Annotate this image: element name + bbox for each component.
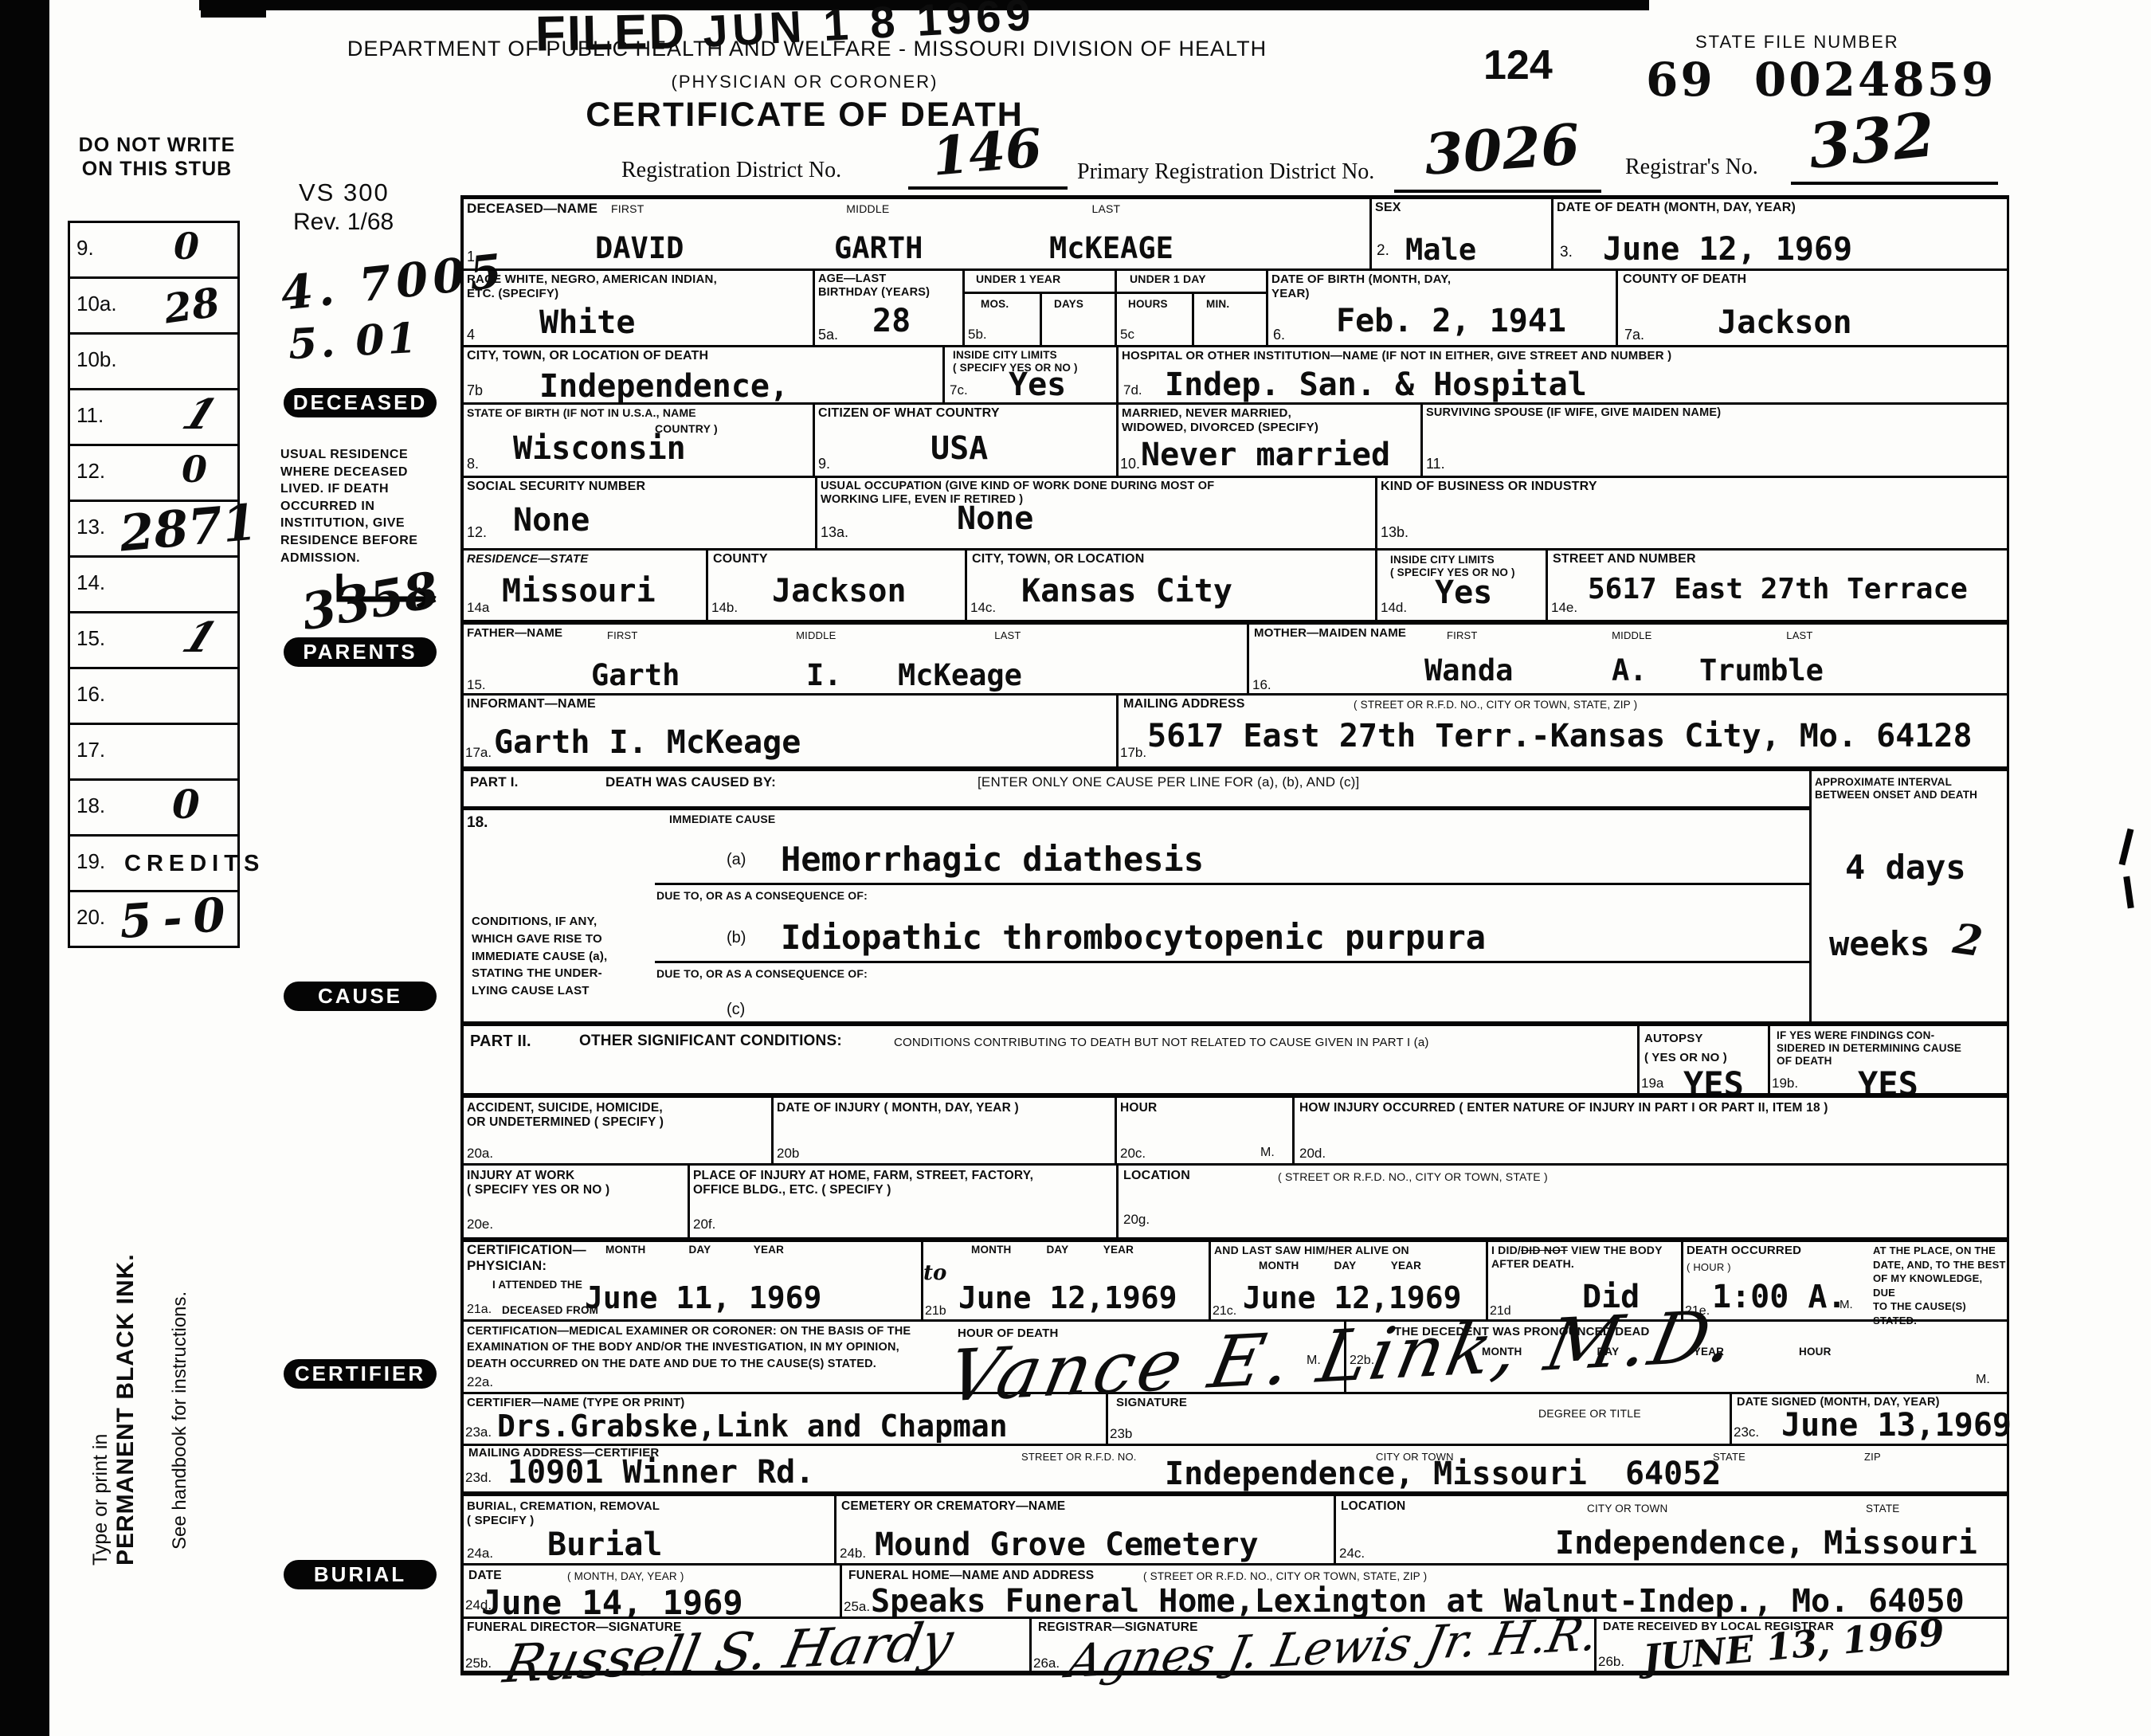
hour-label: ( HOUR ) <box>1687 1261 1731 1273</box>
caused-by-label: DEATH WAS CAUSED BY: <box>605 774 776 790</box>
race-value: White <box>539 304 635 341</box>
field-label: SEX <box>1375 201 1401 216</box>
stub-box: 9.0 10a.28 10b. 11.1 12.0 13.2871 14. 15… <box>68 221 240 948</box>
residence-icl-value: Yes <box>1435 574 1492 611</box>
cemetery-name-value: Mound Grove Cemetery <box>875 1526 1259 1563</box>
underline <box>908 186 1068 190</box>
divider <box>1040 292 1042 345</box>
stub-row-value: 0 <box>174 225 199 268</box>
row-parents: FATHER—NAME FIRST MIDDLE LAST 15. Garth … <box>464 620 2007 693</box>
immediate-cause-label: IMMEDIATE CAUSE <box>669 813 775 826</box>
stub-row-number: 15. <box>76 626 105 651</box>
age-value: 28 <box>872 303 911 339</box>
state-file-number-value: 69 0024859 <box>1646 53 1996 107</box>
field-number: 14e. <box>1551 600 1577 616</box>
death-certificate-scan: DEPARTMENT OF PUBLIC HEALTH AND WELFARE … <box>0 0 2151 1736</box>
certificate-title: CERTIFICATE OF DEATH <box>287 95 1322 135</box>
margin-scribble <box>2123 876 2133 909</box>
field-number: 14a <box>467 600 489 616</box>
field-other-conditions: PART II. OTHER SIGNIFICANT CONDITIONS: C… <box>464 1026 1637 1093</box>
stub-row-value: CREDITS <box>124 851 264 877</box>
due-to-label: DUE TO, OR AS A CONSEQUENCE OF: <box>656 889 868 903</box>
field-date-received: DATE RECEIVED BY LOCAL REGISTRAR 26b. JU… <box>1594 1619 2007 1675</box>
field-sublabel: DAYS <box>1054 298 1083 311</box>
field-citizen-of: CITIZEN OF WHAT COUNTRY 9. USA <box>813 405 1116 476</box>
stub-row: 15.1 <box>70 611 237 667</box>
stub-row-number: 10b. <box>76 347 117 372</box>
field-date-of-birth: DATE OF BIRTH (MONTH, DAY, YEAR) 6. Feb.… <box>1266 271 1616 345</box>
state-sublabel: STATE <box>1713 1451 1745 1463</box>
part2-label: PART II. <box>470 1033 531 1052</box>
field-attended-from: CERTIFICATION— PHYSICIAN: MONTH DAY YEAR… <box>464 1242 921 1319</box>
stub-row-number: 12. <box>76 459 105 484</box>
section-label-cause: CAUSE <box>284 982 437 1011</box>
field-number: 20g. <box>1123 1212 1150 1228</box>
field-number: 24c. <box>1339 1546 1365 1562</box>
field-number: 1. <box>467 249 479 265</box>
stub-row-value: 1 <box>176 613 225 662</box>
field-label: RACE WHITE, NEGRO, AMERICAN INDIAN, ETC.… <box>467 272 717 300</box>
row-certifier-mailing: MAILING ADDRESS—CERTIFIER 23d. 10901 Win… <box>464 1444 2007 1491</box>
certifier-street-value: 10901 Winner Rd. <box>507 1454 814 1491</box>
field-certifier-mailing-address: MAILING ADDRESS—CERTIFIER 23d. 10901 Win… <box>464 1446 2007 1491</box>
field-marital-status: MARRIED, NEVER MARRIED, WIDOWED, DIVORCE… <box>1116 405 1420 476</box>
field-date-of-death: DATE OF DEATH (MONTH, DAY, YEAR) 3. June… <box>1551 199 2007 268</box>
inside-city-limits-value: Yes <box>1009 366 1066 403</box>
stub-row: 12.0 <box>70 444 237 500</box>
field-number: 23c. <box>1734 1424 1759 1440</box>
field-place-of-injury: PLACE OF INJURY AT HOME, FARM, STREET, F… <box>688 1166 1116 1237</box>
field-number: 16. <box>1252 677 1271 693</box>
field-label: PLACE OF INJURY AT HOME, FARM, STREET, F… <box>693 1169 1033 1198</box>
interval-b-value: weeks <box>1829 924 1930 963</box>
field-number: 9. <box>818 456 830 472</box>
cause-main: PART I. DEATH WAS CAUSED BY: [ENTER ONLY… <box>464 771 1809 1021</box>
residence-street-value: 5617 East 27th Terrace <box>1588 573 1968 605</box>
zip-sublabel: ZIP <box>1864 1451 1881 1463</box>
field-label: DECEASED—NAME <box>467 201 597 217</box>
death-occurred-label: DEATH OCCURRED <box>1687 1244 1801 1258</box>
field-label: MARRIED, NEVER MARRIED, WIDOWED, DIVORCE… <box>1122 406 1318 434</box>
occupation-value: None <box>957 500 1033 537</box>
interval-b-handwritten-mark: 2 <box>1950 915 1985 966</box>
field-sublabel: HOURS <box>1128 298 1168 311</box>
field-injury-location: LOCATION ( STREET OR R.F.D. NO., CITY OR… <box>1116 1166 2007 1237</box>
stub-title: DO NOT WRITE ON THIS STUB <box>73 134 241 181</box>
field-number: 23b <box>1110 1426 1132 1442</box>
deceased-from-label: DECEASED FROM <box>502 1304 598 1317</box>
section-label-certifier: CERTIFIER <box>284 1359 437 1389</box>
field-number: 3. <box>1560 244 1573 261</box>
stub-row-number: 20. <box>76 905 105 930</box>
field-number: 13b. <box>1381 524 1409 541</box>
registrar-no-label: Registrar's No. <box>1625 155 1758 180</box>
divider <box>464 806 1809 810</box>
filed-stamp: FILED <box>535 3 686 62</box>
field-informant-name: INFORMANT—NAME 17a. Garth I. McKeage <box>464 696 1116 766</box>
field-occupation: USUAL OCCUPATION (GIVE KIND OF WORK DONE… <box>815 478 1375 548</box>
residence-handwritten-code: 3358 <box>297 561 443 642</box>
field-residence-city: CITY, TOWN, OR LOCATION 14c. Kansas City <box>965 551 1375 620</box>
margin-instruction-line: See handbook for instructions. <box>169 1291 191 1550</box>
residence-state-value: Missouri <box>502 573 656 609</box>
interval-a-value: 4 days <box>1845 848 1966 887</box>
margin-handwritten-5: 5. 01 <box>288 314 421 370</box>
deceased-first-name: DAVID <box>595 231 684 265</box>
field-funeral-home: FUNERAL HOME—NAME AND ADDRESS ( STREET O… <box>840 1566 2007 1616</box>
field-number: 6. <box>1273 327 1285 343</box>
field-last-saw-alive: AND LAST SAW HIM/HER ALIVE ON MONTH DAY … <box>1209 1242 1486 1319</box>
field-number: 22a. <box>467 1374 493 1390</box>
margin-instructions: Type or print in PERMANENT BLACK INK. <box>89 1253 139 1566</box>
stub-row: 17. <box>70 723 237 778</box>
field-number: 14c. <box>970 600 996 616</box>
field-label: MAILING ADDRESS <box>1123 697 1245 712</box>
attended-from-value: June 11, 1969 <box>585 1280 821 1315</box>
funeral-home-value: Speaks Funeral Home,Lexington at Walnut-… <box>871 1583 1965 1620</box>
county-of-death-value: Jackson <box>1718 304 1852 341</box>
field-race: RACE WHITE, NEGRO, AMERICAN INDIAN, ETC.… <box>464 271 813 345</box>
view-label-struck: DID NOT <box>1521 1244 1568 1256</box>
field-sublabels: FIRST MIDDLE LAST <box>607 629 1021 641</box>
field-under-1-day: UNDER 1 DAY HOURS MIN. 5c <box>1115 271 1266 345</box>
stub-row-value: 0 <box>172 781 200 828</box>
field-sublabel: ( STREET OR R.F.D. NO., CITY OR TOWN, ST… <box>1278 1170 1548 1184</box>
field-number: 7c. <box>950 382 968 398</box>
deceased-middle-name: GARTH <box>834 231 923 265</box>
field-residence-county: COUNTY 14b. Jackson <box>706 551 965 620</box>
field-informant-mailing-address: MAILING ADDRESS ( STREET OR R.F.D. NO., … <box>1116 696 2007 766</box>
line-b-prefix: (b) <box>727 929 746 947</box>
field-burial-type: BURIAL, CREMATION, REMOVAL ( SPECIFY ) 2… <box>464 1496 834 1563</box>
stub-row: 20.5-0 <box>70 890 237 946</box>
underline <box>1394 190 1601 193</box>
field-under-1-year: UNDER 1 YEAR MOS. DAYS 5b. <box>962 271 1115 345</box>
field-number: 5b. <box>968 327 987 343</box>
part1-label: PART I. <box>470 774 519 790</box>
field-number: 19b. <box>1772 1076 1798 1091</box>
stub-row-number: 11. <box>76 403 104 428</box>
field-number: 13a. <box>821 524 848 541</box>
father-last-name: McKeage <box>898 658 1022 692</box>
field-number: 14d. <box>1381 600 1407 616</box>
registrar-no-value: 332 <box>1805 99 1938 182</box>
view-label-part: VIEW THE <box>1571 1244 1626 1256</box>
degree-title-label: DEGREE OR TITLE <box>1538 1407 1641 1421</box>
row-certification-physician: CERTIFICATION— PHYSICIAN: MONTH DAY YEAR… <box>464 1237 2007 1319</box>
field-sublabel: ( MONTH, DAY, YEAR ) <box>567 1570 684 1583</box>
month-day-year-labels: MONTH DAY YEAR <box>971 1244 1134 1256</box>
date-of-death-value: June 12, 1969 <box>1603 231 1852 268</box>
field-number: 17a. <box>465 745 492 761</box>
stub-row-number: 9. <box>76 236 94 261</box>
meridiem-label: M. <box>1976 1373 1990 1387</box>
field-number: 4 <box>467 327 475 343</box>
field-sex: SEX 2. Male <box>1369 199 1551 268</box>
field-label: IF YES WERE FINDINGS CON- SIDERED IN DET… <box>1777 1029 1961 1068</box>
field-label: FUNERAL HOME—NAME AND ADDRESS <box>848 1569 1094 1583</box>
stub-row: 16. <box>70 667 237 723</box>
field-number: 10. <box>1120 456 1140 472</box>
field-label: UNDER 1 DAY <box>1130 272 1206 286</box>
field-label: CITY, TOWN, OR LOCATION <box>972 552 1144 567</box>
field-residence-inside-city-limits: INSIDE CITY LIMITS ( SPECIFY YES OR NO )… <box>1375 551 1546 620</box>
to-mark: to <box>923 1261 946 1285</box>
field-label: COUNTY OF DEATH <box>1623 272 1746 288</box>
field-mother-name: MOTHER—MAIDEN NAME FIRST MIDDLE LAST 16.… <box>1247 625 2007 693</box>
marital-status-value: Never married <box>1141 437 1390 473</box>
form-revision: Rev. 1/68 <box>293 209 394 236</box>
month-day-year-labels: MONTH DAY YEAR <box>1259 1260 1421 1272</box>
section-cause-of-death: PART I. DEATH WAS CAUSED BY: [ENTER ONLY… <box>464 766 2007 1021</box>
field-residence-street: STREET AND NUMBER 14e. 5617 East 27th Te… <box>1546 551 2007 620</box>
field-number: 17b. <box>1120 745 1146 761</box>
informant-address-value: 5617 East 27th Terr.-Kansas City, Mo. 64… <box>1147 718 1973 754</box>
attended-to-value: June 12,1969 <box>958 1280 1177 1315</box>
margin-scribble <box>2119 829 2134 866</box>
field-county-of-death: COUNTY OF DEATH 7a. Jackson <box>1616 271 2007 345</box>
stub-row-value: 1 <box>176 390 225 439</box>
field-number: 20f. <box>693 1217 715 1232</box>
stub-row: 11.1 <box>70 388 237 444</box>
field-label: UNDER 1 YEAR <box>976 272 1060 286</box>
mother-last-name: Trumble <box>1699 653 1824 688</box>
ssn-value: None <box>513 502 590 539</box>
field-burial-date: DATE ( MONTH, DAY, YEAR ) 24d. June 14, … <box>464 1566 840 1616</box>
field-number: 20e. <box>467 1217 493 1232</box>
scan-edge-bar <box>0 0 49 1736</box>
field-label: COUNTY <box>713 552 768 567</box>
stub-row-value: 28 <box>161 278 222 332</box>
field-number: 14b. <box>711 600 738 616</box>
cause-interval-column: APPROXIMATE INTERVAL BETWEEN ONSET AND D… <box>1809 771 2007 1021</box>
margin-instructions-2: See handbook for instructions. <box>169 1291 191 1550</box>
field-label: SOCIAL SECURITY NUMBER <box>467 480 645 495</box>
department-subtitle: (PHYSICIAN OR CORONER) <box>287 72 1322 92</box>
underline <box>1791 182 1998 185</box>
field-cemetery-location: LOCATION CITY OR TOWN STATE 24c. Indepen… <box>1334 1496 2007 1563</box>
field-label: SURVIVING SPOUSE (IF WIFE, GIVE MAIDEN N… <box>1426 406 1721 420</box>
field-number: 21a. <box>467 1303 492 1317</box>
row-signatures: FUNERAL DIRECTOR—SIGNATURE 25b. Russell … <box>464 1616 2007 1675</box>
cemetery-location-value: Independence, Missouri <box>1555 1525 1977 1562</box>
field-funeral-director-signature: FUNERAL DIRECTOR—SIGNATURE 25b. Russell … <box>464 1619 1029 1675</box>
field-label: ACCIDENT, SUICIDE, HOMICIDE, OR UNDETERM… <box>467 1101 664 1131</box>
field-autopsy: AUTOPSY ( YES OR NO ) 19a YES <box>1637 1026 1768 1093</box>
field-surviving-spouse: SURVIVING SPOUSE (IF WIFE, GIVE MAIDEN N… <box>1420 405 2007 476</box>
month-day-year-labels: MONTH DAY YEAR <box>605 1244 784 1256</box>
field-label: LOCATION <box>1123 1169 1190 1184</box>
section-label-deceased: DECEASED <box>284 388 437 417</box>
field-sublabels: FIRST MIDDLE LAST <box>611 202 1120 216</box>
burial-type-value: Burial <box>547 1526 663 1563</box>
interval-label: APPROXIMATE INTERVAL BETWEEN ONSET AND D… <box>1815 776 1977 801</box>
field-sublabel: ( STREET OR R.F.D. NO., CITY OR TOWN, ST… <box>1354 699 1637 711</box>
field-number: 5a. <box>818 327 838 343</box>
field-findings-considered: IF YES WERE FINDINGS CON- SIDERED IN DET… <box>1768 1026 2007 1093</box>
certificate-form: DECEASED—NAME FIRST MIDDLE LAST 1. DAVID… <box>460 195 2009 1675</box>
stub-row-number: 18. <box>76 794 105 818</box>
field-number: 26b. <box>1598 1654 1624 1670</box>
field-attended-to: MONTH DAY YEAR to 21b June 12,1969 <box>921 1242 1209 1319</box>
field-number: 11. <box>1426 456 1445 472</box>
field-number: 18. <box>467 814 488 832</box>
certification-label: CERTIFICATION— PHYSICIAN: <box>467 1242 586 1274</box>
stub-row-number: 14. <box>76 570 105 595</box>
deceased-last-name: McKEAGE <box>1049 231 1173 265</box>
one-cause-note: [ENTER ONLY ONE CAUSE PER LINE FOR (a), … <box>978 774 1359 790</box>
scan-top-blob <box>201 0 266 18</box>
field-number: 19a <box>1641 1076 1663 1091</box>
field-accident-type: ACCIDENT, SUICIDE, HOMICIDE, OR UNDETERM… <box>464 1098 771 1163</box>
field-city-of-death: CITY, TOWN, OR LOCATION OF DEATH 7b Inde… <box>464 347 942 402</box>
field-label: INJURY AT WORK ( SPECIFY YES OR NO ) <box>467 1169 609 1198</box>
attended-label: I ATTENDED THE <box>492 1279 582 1291</box>
field-number: 25b. <box>465 1656 492 1671</box>
field-deceased-name: DECEASED—NAME FIRST MIDDLE LAST 1. DAVID… <box>464 199 1369 268</box>
row-funeral-home: DATE ( MONTH, DAY, YEAR ) 24d. June 14, … <box>464 1563 2007 1616</box>
cause-line-b-value: Idiopathic thrombocytopenic purpura <box>781 918 1486 957</box>
stub-row-number: 13. <box>76 515 105 539</box>
row-burial: BURIAL, CREMATION, REMOVAL ( SPECIFY ) 2… <box>464 1491 2007 1563</box>
stub-row-value: 0 <box>182 448 207 491</box>
row-ssn-occupation: SOCIAL SECURITY NUMBER 12. None USUAL OC… <box>464 476 2007 548</box>
field-label: HOW INJURY OCCURRED ( ENTER NATURE OF IN… <box>1299 1101 1828 1115</box>
stub-row: 10b. <box>70 332 237 388</box>
divider <box>655 883 1809 885</box>
field-label: INFORMANT—NAME <box>467 697 596 712</box>
field-label: BURIAL, CREMATION, REMOVAL ( SPECIFY ) <box>467 1499 660 1527</box>
view-label-part: I DID/ <box>1491 1244 1521 1256</box>
field-label: AUTOPSY ( YES OR NO ) <box>1644 1029 1727 1068</box>
attestation-note: AT THE PLACE, ON THE DATE, AND, TO THE B… <box>1873 1244 2007 1327</box>
field-label: KIND OF BUSINESS OR INDUSTRY <box>1381 480 1597 495</box>
row-residence: RESIDENCE—STATE 14a Missouri COUNTY 14b.… <box>464 548 2007 620</box>
informant-name-value: Garth I. McKeage <box>494 724 801 761</box>
field-number: 7b <box>467 382 483 399</box>
meridiem-label: M. <box>1260 1146 1275 1160</box>
primary-district-label: Primary Registration District No. <box>1077 159 1374 185</box>
field-registrar-signature: REGISTRAR—SIGNATURE 26a. Agnes J. Lewis … <box>1029 1619 1594 1675</box>
row-place-of-death: CITY, TOWN, OR LOCATION OF DEATH 7b Inde… <box>464 345 2007 402</box>
field-label: FATHER—NAME <box>467 626 562 641</box>
field-number: 7a. <box>1624 327 1644 343</box>
field-hospital: HOSPITAL OR OTHER INSTITUTION—NAME (IF N… <box>1116 347 2007 402</box>
field-label: STATE OF BIRTH (IF NOT IN U.S.A., NAME <box>467 406 696 420</box>
field-label: AGE—LAST BIRTHDAY (YEARS) <box>818 272 930 300</box>
stub-row: 14. <box>70 555 237 611</box>
mother-first-name: Wanda <box>1424 653 1513 688</box>
stub-row-number: 16. <box>76 682 105 707</box>
stub-row: 10a.28 <box>70 276 237 332</box>
certifier-city-value: Independence, Missouri 64052 <box>1165 1456 1721 1492</box>
city-sublabel: CITY OR TOWN <box>1587 1503 1667 1515</box>
cause-line-a-value: Hemorrhagic diathesis <box>781 840 1204 879</box>
last-saw-label: AND LAST SAW HIM/HER ALIVE ON <box>1214 1244 1409 1257</box>
mother-middle-name: A. <box>1612 653 1648 688</box>
field-sublabel: MOS. <box>981 298 1009 311</box>
field-state-of-birth: STATE OF BIRTH (IF NOT IN U.S.A., NAME C… <box>464 405 813 476</box>
field-number: 20d. <box>1299 1146 1326 1162</box>
field-date-signed: DATE SIGNED (MONTH, DAY, YEAR) 23c. June… <box>1730 1394 2007 1444</box>
row-accident: ACCIDENT, SUICIDE, HOMICIDE, OR UNDETERM… <box>464 1093 2007 1163</box>
field-number: 23a. <box>465 1424 492 1440</box>
registration-district-value: 146 <box>930 116 1044 188</box>
field-number: 25a. <box>844 1599 870 1615</box>
row-injury-place: INJURY AT WORK ( SPECIFY YES OR NO ) 20e… <box>464 1163 2007 1237</box>
row-race-age-birth: RACE WHITE, NEGRO, AMERICAN INDIAN, ETC.… <box>464 268 2007 345</box>
divider <box>655 961 1809 963</box>
field-label: DATE OF BIRTH (MONTH, DAY, YEAR) <box>1271 272 1451 300</box>
page-number: 124 <box>1483 41 1553 89</box>
field-number: 21c. <box>1213 1304 1236 1319</box>
field-number: 24a. <box>467 1546 493 1562</box>
primary-district-value: 3026 <box>1422 111 1581 187</box>
state-sublabel: STATE <box>1866 1503 1900 1515</box>
row-informant: INFORMANT—NAME 17a. Garth I. McKeage MAI… <box>464 693 2007 766</box>
field-residence-state: RESIDENCE—STATE 14a Missouri <box>464 551 706 620</box>
stub-row: 13.2871 <box>70 500 237 555</box>
section-label-parents: PARENTS <box>284 637 437 667</box>
city-of-death-value: Independence, <box>539 368 789 405</box>
state-of-birth-value: Wisconsin <box>513 430 686 467</box>
section-label-burial: BURIAL <box>284 1560 437 1589</box>
field-number: 15. <box>467 677 486 693</box>
field-number: 7d. <box>1123 382 1142 398</box>
field-ssn: SOCIAL SECURITY NUMBER 12. None <box>464 478 815 548</box>
field-label: CITIZEN OF WHAT COUNTRY <box>818 406 1000 421</box>
field-how-injury-occurred: HOW INJURY OCCURRED ( ENTER NATURE OF IN… <box>1292 1098 2007 1163</box>
line-c-prefix: (c) <box>727 1001 745 1019</box>
field-date-of-injury: DATE OF INJURY ( MONTH, DAY, YEAR ) 20b <box>771 1098 1115 1163</box>
field-label: CITY, TOWN, OR LOCATION OF DEATH <box>467 349 708 364</box>
hospital-value: Indep. San. & Hospital <box>1165 366 1587 403</box>
divider <box>1192 292 1194 345</box>
due-to-label: DUE TO, OR AS A CONSEQUENCE OF: <box>656 967 868 981</box>
field-injury-hour: HOUR 20c. M. <box>1115 1098 1292 1163</box>
form-code: VS 300 <box>299 178 390 207</box>
field-age: AGE—LAST BIRTHDAY (YEARS) 5a. 28 <box>813 271 962 345</box>
stub-row-number: 17. <box>76 738 105 762</box>
field-number: 24b. <box>840 1546 866 1562</box>
field-label: LOCATION <box>1341 1499 1405 1514</box>
field-sublabels: FIRST MIDDLE LAST <box>1447 629 1813 641</box>
section-part2: PART II. OTHER SIGNIFICANT CONDITIONS: C… <box>464 1021 2007 1093</box>
field-injury-at-work: INJURY AT WORK ( SPECIFY YES OR NO ) 20e… <box>464 1166 688 1237</box>
field-number: 2. <box>1377 242 1389 260</box>
field-father-name: FATHER—NAME FIRST MIDDLE LAST 15. Garth … <box>464 625 1247 693</box>
line-a-prefix: (a) <box>727 851 746 869</box>
field-label: HOSPITAL OR OTHER INSTITUTION—NAME (IF N… <box>1122 349 1671 363</box>
certifier-name-value: Drs.Grabske,Link and Chapman <box>497 1409 1008 1444</box>
field-number: 5c <box>1120 327 1134 343</box>
row-birth-citizen-marital: STATE OF BIRTH (IF NOT IN U.S.A., NAME C… <box>464 402 2007 476</box>
field-label: STREET AND NUMBER <box>1553 552 1696 567</box>
field-number: 20a. <box>467 1146 493 1162</box>
field-cemetery-name: CEMETERY OR CREMATORY—NAME 24b. Mound Gr… <box>834 1496 1334 1563</box>
stub-row: 18.0 <box>70 778 237 834</box>
field-label: HOUR <box>1120 1101 1157 1115</box>
field-label: RESIDENCE—STATE <box>467 552 588 566</box>
stub-row-value: 2871 <box>117 493 259 563</box>
stub-row: 19.CREDITS <box>70 834 237 890</box>
stub-row-number: 19. <box>76 849 105 874</box>
field-number: 23d. <box>465 1470 492 1486</box>
margin-instruction-line: Type or print in <box>89 1253 112 1566</box>
other-conditions-label: OTHER SIGNIFICANT CONDITIONS: <box>579 1033 842 1050</box>
field-number: 26a. <box>1033 1656 1060 1671</box>
citizen-value: USA <box>931 430 988 467</box>
